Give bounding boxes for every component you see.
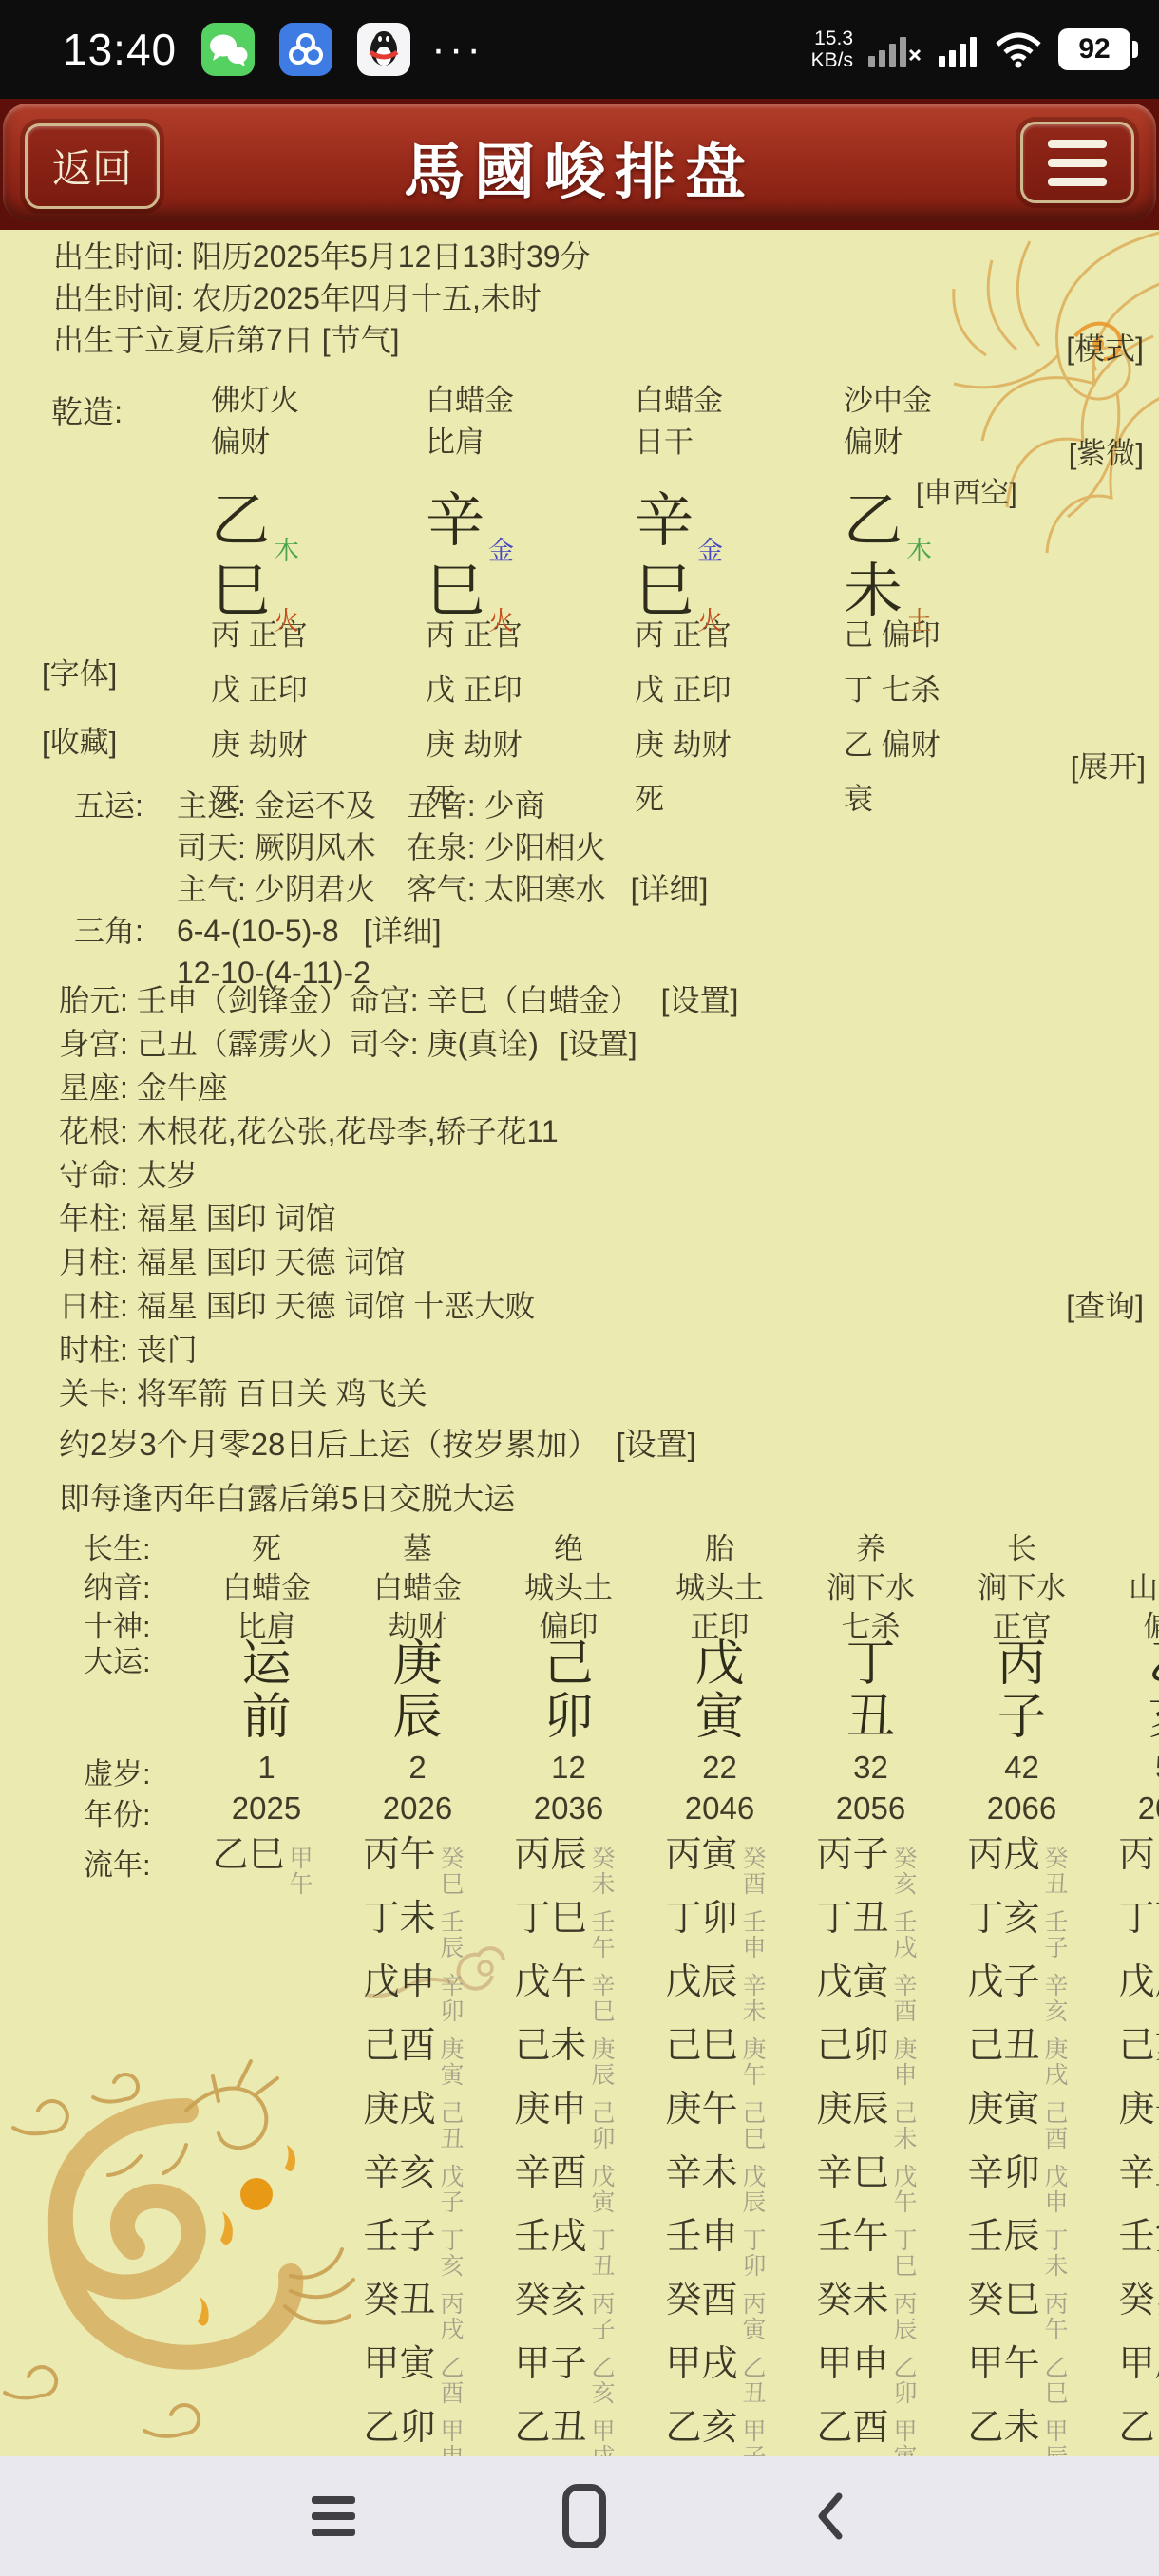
- pillar-ten-god: 偏财: [211, 422, 425, 464]
- liunian-year-pillar: 壬子: [364, 2215, 436, 2259]
- wuyun-line-text: 司天: 厥阴风木 在泉: 少阳相火: [177, 826, 606, 868]
- liunian-entry[interactable]: 戊申辛卯: [342, 1960, 493, 2024]
- recents-button[interactable]: [312, 2496, 355, 2536]
- liunian-year-pillar: 癸酉: [666, 2279, 738, 2322]
- liunian-entry[interactable]: 癸巳丙午: [946, 2279, 1097, 2342]
- pillar-hidden-stem: 庚 劫财: [635, 718, 848, 773]
- liunian-year-pillar: 丁亥: [968, 1897, 1040, 1941]
- info-line-2: 星座: 金牛座: [59, 1066, 1144, 1109]
- luck-age: 1: [191, 1750, 342, 1786]
- liunian-year-pillar: 丙戌: [968, 1833, 1040, 1877]
- pillar-hidden-stem: 戊 正印: [635, 663, 848, 718]
- info-line-text: 星座: 金牛座: [59, 1070, 228, 1105]
- luck-nayin: 白蜡金: [342, 1563, 493, 1606]
- pillar-branch: 未土: [844, 543, 1057, 608]
- luck-stem: 庚: [342, 1638, 493, 1691]
- liunian-xiaoyun: 戊午: [894, 2165, 918, 2216]
- liunian-year-pillar: 辛酉: [515, 2151, 587, 2195]
- liunian-year-pillar: 癸卯: [1119, 2279, 1159, 2322]
- liunian-year-pillar: 丁未: [364, 1897, 436, 1941]
- liunian-year-pillar: 戊寅: [817, 1960, 889, 2004]
- liunian-entry[interactable]: 丙寅癸酉: [644, 1833, 795, 1897]
- font-link[interactable]: [字体]: [42, 650, 117, 692]
- wuyun-line-label: 五运:: [74, 785, 177, 826]
- branch-element: 火: [697, 607, 723, 635]
- liunian-xiaoyun: 壬午: [592, 1910, 616, 1961]
- luck-column-4[interactable]: 养涧下水七杀丁丑322056丙子癸亥丁丑壬戌戊寅辛酉己卯庚申庚辰己未辛巳戊午壬午…: [795, 1514, 946, 2456]
- qq-notification-icon: [357, 23, 410, 76]
- liunian-xiaoyun: 丙寅: [743, 2292, 767, 2343]
- liunian-year-pillar: 庚申: [515, 2088, 587, 2131]
- row-label-nianfen: 年份:: [84, 1790, 198, 1833]
- expand-link[interactable]: [展开]: [1071, 743, 1146, 786]
- branch-element: 土: [906, 607, 932, 635]
- wifi-icon: [994, 29, 1043, 69]
- liunian-year-pillar: 庚子: [1119, 2088, 1159, 2131]
- wuyun-line-text: 主气: 少阴君火 客气: 太阳寒水: [177, 868, 606, 910]
- liunian-year-pillar: 壬戌: [515, 2215, 587, 2259]
- liunian-year-pillar: 丁巳: [515, 1897, 587, 1941]
- liunian-xiaoyun: 丁未: [1045, 2228, 1069, 2280]
- liunian-entry[interactable]: 己未庚辰: [493, 2024, 644, 2088]
- luck-stage: 绝: [493, 1525, 644, 1567]
- liunian-year-pillar: 丙申: [1119, 1833, 1159, 1877]
- liunian-entry[interactable]: 乙未甲辰: [946, 2406, 1097, 2456]
- liunian-year-pillar: 戊子: [968, 1960, 1040, 2004]
- liunian-entry[interactable]: 癸酉丙寅: [644, 2279, 795, 2342]
- row-label-nayin: 纳音:: [84, 1563, 198, 1606]
- luck-branch: 辰: [342, 1691, 493, 1744]
- info-line-link[interactable]: [设置]: [661, 983, 739, 1017]
- luck-stage: 死: [191, 1525, 342, 1567]
- liunian-entry[interactable]: 壬子丁亥: [342, 2215, 493, 2279]
- info-line-0: 胎元: 壬申（剑锋金）命宫: 辛巳（白蜡金）[设置]: [59, 978, 1144, 1022]
- battery-icon: 92: [1058, 28, 1130, 70]
- branch-element: 火: [274, 607, 299, 635]
- liunian-year-pillar: 辛亥: [364, 2151, 436, 2195]
- liunian-list: 丙寅癸酉丁卯壬申戊辰辛未己巳庚午庚午己巳辛未戊辰壬申丁卯癸酉丙寅甲戌乙丑乙亥甲子: [644, 1833, 795, 2456]
- liunian-entry[interactable]: 己酉庚寅: [342, 2024, 493, 2088]
- liunian-xiaoyun: 乙亥: [592, 2356, 616, 2407]
- clock: 13:40: [63, 24, 177, 75]
- liunian-year-pillar: 癸丑: [364, 2279, 436, 2322]
- detail-link[interactable]: [详细]: [631, 868, 709, 910]
- liunian-year-pillar: 甲午: [968, 2342, 1040, 2386]
- liunian-xiaoyun: 辛未: [743, 1974, 767, 2025]
- liunian-entry[interactable]: 丁卯壬申: [644, 1897, 795, 1960]
- pillar-hidden-stem: 丁 七杀: [844, 663, 1057, 718]
- status-bar: 13:40 ··· 15.3 KB/s 92: [0, 0, 1159, 99]
- luck-stem: 丁: [795, 1638, 946, 1691]
- liunian-entry[interactable]: 乙丑甲戌: [493, 2406, 644, 2456]
- liunian-entry[interactable]: 乙巳甲午: [191, 1833, 342, 1897]
- liunian-entry[interactable]: 癸未丙辰: [795, 2279, 946, 2342]
- liunian-entry[interactable]: 戊辰辛未: [644, 1960, 795, 2024]
- liunian-year-pillar: 乙巳: [1119, 2406, 1159, 2450]
- menu-button[interactable]: [1020, 122, 1134, 203]
- luck-column-6[interactable]: 沐山头火偏财乙亥522076丙申丁酉戊戌己亥庚子辛丑壬寅癸卯甲辰乙巳: [1097, 1514, 1159, 2456]
- liunian-xiaoyun: 辛亥: [1045, 1974, 1069, 2025]
- liunian-entry[interactable]: 丁亥壬子: [946, 1897, 1097, 1960]
- liunian-entry[interactable]: 庚午己巳: [644, 2088, 795, 2151]
- collect-link[interactable]: [收藏]: [42, 718, 117, 761]
- liunian-year-pillar: 癸未: [817, 2279, 889, 2322]
- liunian-entry[interactable]: 庚戌己丑: [342, 2088, 493, 2151]
- liunian-entry[interactable]: 丁丑壬戌: [795, 1897, 946, 1960]
- info-line-text: 月柱: 福星 国印 天德 词馆: [59, 1245, 405, 1279]
- liunian-entry[interactable]: 丁未壬辰: [342, 1897, 493, 1960]
- liunian-year-pillar: 乙酉: [817, 2406, 889, 2450]
- liunian-xiaoyun: 甲子: [743, 2419, 767, 2456]
- info-line-3: 花根: 木根花,花公张,花母李,轿子花11: [59, 1109, 1144, 1153]
- liunian-year-pillar: 辛巳: [817, 2151, 889, 2195]
- mode-link[interactable]: [模式]: [1066, 325, 1144, 369]
- liunian-year-pillar: 丁卯: [666, 1897, 738, 1941]
- detail-link[interactable]: [详细]: [364, 910, 442, 952]
- pillar-stem: 辛金: [426, 467, 639, 543]
- dayun-intro: 约2岁3个月零28日后上运（按岁累加）[设置]即每逢丙年白露后第5日交脱大运: [59, 1417, 696, 1525]
- luck-column-2[interactable]: 绝城头土偏印己卯122036丙辰癸未丁巳壬午戊午辛巳己未庚辰庚申己卯辛酉戊寅壬戌…: [493, 1514, 644, 2456]
- ziwei-link[interactable]: [紫微]: [1069, 429, 1144, 472]
- liunian-year-pillar: 己酉: [364, 2024, 436, 2068]
- info-line-text: 年柱: 福星 国印 词馆: [59, 1202, 336, 1236]
- info-line-text: 日柱: 福星 国印 天德 词馆 十恶大败: [59, 1289, 535, 1323]
- liunian-year-pillar: 戊戌: [1119, 1960, 1159, 2004]
- liunian-year-pillar: 庚辰: [817, 2088, 889, 2131]
- luck-year: 2066: [946, 1790, 1097, 1827]
- liunian-entry[interactable]: 丁酉: [1097, 1897, 1159, 1960]
- luck-year: 2046: [644, 1790, 795, 1827]
- liunian-xiaoyun: 乙丑: [743, 2356, 767, 2407]
- wuyun-line-1: 司天: 厥阴风木 在泉: 少阳相火: [74, 826, 708, 868]
- liunian-entry[interactable]: 丙子癸亥: [795, 1833, 946, 1897]
- pillar-hidden-stem: 乙 偏财: [844, 718, 1057, 773]
- liunian-xiaoyun: 壬申: [743, 1910, 767, 1961]
- liunian-list: 丙子癸亥丁丑壬戌戊寅辛酉己卯庚申庚辰己未辛巳戊午壬午丁巳癸未丙辰甲申乙卯乙酉甲寅: [795, 1833, 946, 2456]
- birth-jieqi-line: 出生于立夏后第7日 [节气]: [53, 319, 591, 361]
- network-speed: 15.3 KB/s: [811, 28, 853, 71]
- row-label-changsheng: 长生:: [84, 1525, 198, 1567]
- luck-branch: 亥: [1097, 1691, 1159, 1744]
- liunian-entry[interactable]: 癸丑丙戌: [342, 2279, 493, 2342]
- liunian-xiaoyun: 甲辰: [1045, 2419, 1069, 2456]
- luck-stage: 长: [946, 1525, 1097, 1567]
- liunian-xiaoyun: 癸亥: [894, 1847, 918, 1898]
- info-line-text: 守命: 太岁: [59, 1158, 198, 1192]
- luck-year: 2026: [342, 1790, 493, 1827]
- liunian-xiaoyun: 癸未: [592, 1847, 616, 1898]
- wuyun-section: 五运:主运: 金运不及 五音: 少商司天: 厥阴风木 在泉: 少阳相火主气: 少…: [74, 785, 708, 994]
- liunian-entry[interactable]: 壬申丁卯: [644, 2215, 795, 2279]
- battery-percent: 92: [1078, 33, 1110, 66]
- liunian-xiaoyun: 庚申: [894, 2037, 918, 2089]
- pillar-branch: 巳火: [211, 543, 425, 608]
- liunian-entry[interactable]: 辛丑: [1097, 2151, 1159, 2215]
- info-line-4: 守命: 太岁: [59, 1153, 1144, 1197]
- liunian-entry[interactable]: 乙亥甲子: [644, 2406, 795, 2456]
- liunian-xiaoyun: 癸巳: [441, 1847, 465, 1898]
- liunian-year-pillar: 甲申: [817, 2342, 889, 2386]
- liunian-xiaoyun: 丙辰: [894, 2292, 918, 2343]
- luck-branch: 子: [946, 1691, 1097, 1744]
- liunian-xiaoyun: 己酉: [1045, 2101, 1069, 2152]
- birth-jieqi-text: 出生于立夏后第7日: [53, 323, 313, 357]
- liunian-year-pillar: 庚午: [666, 2088, 738, 2131]
- liunian-entry[interactable]: 戊戌: [1097, 1960, 1159, 2024]
- luck-age: 42: [946, 1750, 1097, 1786]
- luck-stage: 胎: [644, 1525, 795, 1567]
- pillar-hidden-stem: 戊 正印: [211, 663, 425, 718]
- kongwang-note: [申酉空]: [916, 469, 1017, 511]
- pillar-branch: 巳火: [426, 543, 639, 608]
- liunian-year-pillar: 乙亥: [666, 2406, 738, 2450]
- liunian-entry[interactable]: 辛未戊辰: [644, 2151, 795, 2215]
- luck-age: 12: [493, 1750, 644, 1786]
- liunian-xiaoyun: 丙午: [1045, 2292, 1069, 2343]
- status-left: 13:40 ···: [63, 23, 484, 76]
- liunian-xiaoyun: 丙子: [592, 2292, 616, 2343]
- wechat-notification-icon: [201, 23, 255, 76]
- liunian-xiaoyun: 庚戌: [1045, 2037, 1069, 2089]
- liunian-entry[interactable]: 甲午乙巳: [946, 2342, 1097, 2406]
- liunian-entry[interactable]: 甲寅乙酉: [342, 2342, 493, 2406]
- liunian-xiaoyun: 丙戌: [441, 2292, 465, 2343]
- liunian-entry[interactable]: 己卯庚申: [795, 2024, 946, 2088]
- liunian-xiaoyun: 戊寅: [592, 2165, 616, 2216]
- liunian-year-pillar: 丙辰: [515, 1833, 587, 1877]
- liunian-xiaoyun: 辛酉: [894, 1974, 918, 2025]
- liunian-year-pillar: 丙子: [817, 1833, 889, 1877]
- row-label-liunian: 流年:: [84, 1841, 198, 1884]
- liunian-entry[interactable]: 丙辰癸未: [493, 1833, 644, 1897]
- luck-nayin: 涧下水: [946, 1563, 1097, 1606]
- liunian-entry[interactable]: 癸卯: [1097, 2279, 1159, 2342]
- luck-column-1[interactable]: 墓白蜡金劫财庚辰22026丙午癸巳丁未壬辰戊申辛卯己酉庚寅庚戌己丑辛亥戊子壬子丁…: [342, 1514, 493, 2456]
- liunian-entry[interactable]: 乙巳: [1097, 2406, 1159, 2456]
- pillar-hidden-stem: 庚 劫财: [211, 718, 425, 773]
- liunian-xiaoyun: 甲申: [441, 2419, 465, 2456]
- liunian-entry[interactable]: 己丑庚戌: [946, 2024, 1097, 2088]
- liunian-year-pillar: 壬辰: [968, 2215, 1040, 2259]
- birth-solar: 出生时间: 阳历2025年5月12日13时39分: [53, 236, 591, 277]
- liunian-list: 丙辰癸未丁巳壬午戊午辛巳己未庚辰庚申己卯辛酉戊寅壬戌丁丑癸亥丙子甲子乙亥乙丑甲戌: [493, 1833, 644, 2456]
- liunian-year-pillar: 己亥: [1119, 2024, 1159, 2068]
- luck-table: 长生: 纳音: 十神: 大运: 虚岁: 年份: 流年: 死白蜡金比肩运前1202…: [0, 1514, 1159, 2456]
- luck-age: 22: [644, 1750, 795, 1786]
- branch-element: 火: [488, 607, 514, 635]
- liunian-entry[interactable]: 戊子辛亥: [946, 1960, 1097, 2024]
- liunian-list: 丙申丁酉戊戌己亥庚子辛丑壬寅癸卯甲辰乙巳: [1097, 1833, 1159, 2456]
- liunian-entry[interactable]: 戊寅辛酉: [795, 1960, 946, 2024]
- luck-stage: 沐: [1097, 1525, 1159, 1567]
- liunian-xiaoyun: 乙酉: [441, 2356, 465, 2407]
- liunian-year-pillar: 癸巳: [968, 2279, 1040, 2322]
- app-header: 返回 馬國峻排盘: [0, 99, 1159, 230]
- luck-age: 32: [795, 1750, 946, 1786]
- info-line-link[interactable]: [查询]: [1066, 1284, 1144, 1328]
- pillar-ten-god: 偏财: [844, 422, 1057, 464]
- liunian-entry[interactable]: 癸亥丙子: [493, 2279, 644, 2342]
- pillar-column-3: 沙中金偏财乙木[申酉空]未土己 偏印丁 七杀乙 偏财衰: [844, 380, 1057, 826]
- luck-year: 2036: [493, 1790, 644, 1827]
- liunian-entry[interactable]: 辛卯戊申: [946, 2151, 1097, 2215]
- pillar-stem: 乙木: [211, 467, 425, 543]
- luck-stem: 丙: [946, 1638, 1097, 1691]
- info-line-text: 胎元: 壬申（剑锋金）命宫: 辛巳（白蜡金）: [59, 983, 640, 1017]
- wuyun-line-text: 主运: 金运不及 五音: 少商: [177, 785, 545, 826]
- info-line-text: 花根: 木根花,花公张,花母李,轿子花11: [59, 1114, 559, 1148]
- jieqi-link[interactable]: [节气]: [322, 323, 400, 357]
- luck-nayin: 城头土: [493, 1563, 644, 1606]
- liunian-entry[interactable]: 甲辰: [1097, 2342, 1159, 2406]
- liunian-year-pillar: 壬午: [817, 2215, 889, 2259]
- liunian-entry[interactable]: 庚申己卯: [493, 2088, 644, 2151]
- liunian-entry[interactable]: 乙卯甲申: [342, 2406, 493, 2456]
- liunian-entry[interactable]: 丙戌癸丑: [946, 1833, 1097, 1897]
- liunian-entry[interactable]: 戊午辛巳: [493, 1960, 644, 2024]
- liunian-year-pillar: 己卯: [817, 2024, 889, 2068]
- info-line-9: 关卡: 将军箭 百日关 鸡飞关: [59, 1372, 1144, 1415]
- liunian-xiaoyun: 丁丑: [592, 2228, 616, 2280]
- info-line-7: 日柱: 福星 国印 天德 词馆 十恶大败[查询]: [59, 1284, 1144, 1328]
- liunian-entry[interactable]: 壬戌丁丑: [493, 2215, 644, 2279]
- phone-screen: 13:40 ··· 15.3 KB/s 92 返回 馬國峻排: [0, 0, 1159, 2576]
- info-line-text: 时柱: 丧门: [59, 1333, 198, 1367]
- pillar-column-0: 佛灯火偏财乙木巳火丙 正官戊 正印庚 劫财死: [211, 380, 425, 826]
- luck-year: 2056: [795, 1790, 946, 1827]
- luck-branch: 前: [191, 1691, 342, 1744]
- liunian-entry[interactable]: 庚子: [1097, 2088, 1159, 2151]
- liunian-xiaoyun: 庚辰: [592, 2037, 616, 2089]
- liunian-entry[interactable]: 丁巳壬午: [493, 1897, 644, 1960]
- liunian-entry[interactable]: 辛巳戊午: [795, 2151, 946, 2215]
- liunian-xiaoyun: 戊申: [1045, 2165, 1069, 2216]
- pillar-ten-god: 比肩: [426, 422, 639, 464]
- liunian-year-pillar: 乙未: [968, 2406, 1040, 2450]
- liunian-xiaoyun: 丁卯: [743, 2228, 767, 2280]
- liunian-entry[interactable]: 壬辰丁未: [946, 2215, 1097, 2279]
- pillar-hidden-stem: 戊 正印: [426, 663, 639, 718]
- luck-stem: 己: [493, 1638, 644, 1691]
- luck-column-3[interactable]: 胎城头土正印戊寅222046丙寅癸酉丁卯壬申戊辰辛未己巳庚午庚午己巳辛未戊辰壬申…: [644, 1514, 795, 2456]
- info-line-text: 关卡: 将军箭 百日关 鸡飞关: [59, 1376, 427, 1411]
- nav-back-button[interactable]: [813, 2490, 847, 2543]
- info-line-link[interactable]: [设置]: [560, 1027, 637, 1061]
- pillar-nayin: 白蜡金: [426, 380, 639, 422]
- liunian-entry[interactable]: 甲戌乙丑: [644, 2342, 795, 2406]
- network-speed-unit: KB/s: [811, 49, 853, 71]
- sim1-signal-icon: [868, 29, 923, 69]
- liunian-entry[interactable]: 庚寅己酉: [946, 2088, 1097, 2151]
- liunian-year-pillar: 戊辰: [666, 1960, 738, 2004]
- liunian-entry[interactable]: 甲子乙亥: [493, 2342, 644, 2406]
- info-line-6: 月柱: 福星 国印 天德 词馆: [59, 1241, 1144, 1284]
- liunian-entry[interactable]: 辛酉戊寅: [493, 2151, 644, 2215]
- liunian-xiaoyun: 癸酉: [743, 1847, 767, 1898]
- liunian-xiaoyun: 戊子: [441, 2165, 465, 2216]
- liunian-year-pillar: 庚寅: [968, 2088, 1040, 2131]
- liunian-year-pillar: 己未: [515, 2024, 587, 2068]
- liunian-xiaoyun: 辛卯: [441, 1974, 465, 2025]
- liunian-year-pillar: 己巳: [666, 2024, 738, 2068]
- pillar-stage: 衰: [844, 773, 1057, 826]
- liunian-year-pillar: 甲子: [515, 2342, 587, 2386]
- liunian-xiaoyun: 乙卯: [894, 2356, 918, 2407]
- liunian-year-pillar: 辛卯: [968, 2151, 1040, 2195]
- liunian-year-pillar: 癸亥: [515, 2279, 587, 2322]
- liunian-year-pillar: 丙寅: [666, 1833, 738, 1877]
- liunian-entry[interactable]: 乙酉甲寅: [795, 2406, 946, 2456]
- info-line-text: 身宫: 己丑（霹雳火）司令: 庚(真诠): [59, 1027, 539, 1061]
- dayun-intro-text: 约2岁3个月零28日后上运（按岁累加）: [59, 1427, 598, 1462]
- liunian-year-pillar: 戊申: [364, 1960, 436, 2004]
- liunian-year-pillar: 己丑: [968, 2024, 1040, 2068]
- liunian-entry[interactable]: 己巳庚午: [644, 2024, 795, 2088]
- status-right: 15.3 KB/s 92: [811, 28, 1130, 71]
- luck-column-0[interactable]: 死白蜡金比肩运前12025乙巳甲午: [191, 1514, 342, 2456]
- info-line-8: 时柱: 丧门: [59, 1328, 1144, 1372]
- liunian-entry[interactable]: 壬寅: [1097, 2215, 1159, 2279]
- liunian-xiaoyun: 壬子: [1045, 1910, 1069, 1961]
- liunian-xiaoyun: 庚寅: [441, 2037, 465, 2089]
- liunian-year-pillar: 丙午: [364, 1833, 436, 1877]
- luck-branch: 丑: [795, 1691, 946, 1744]
- wuyun-line-label: [74, 826, 177, 868]
- luck-branch: 卯: [493, 1691, 644, 1744]
- liunian-year-pillar: 乙卯: [364, 2406, 436, 2450]
- liunian-year-pillar: 丁酉: [1119, 1897, 1159, 1941]
- liunian-list: 乙巳甲午: [191, 1833, 342, 1897]
- liunian-year-pillar: 壬申: [666, 2215, 738, 2259]
- luck-stem: 戊: [644, 1638, 795, 1691]
- wuyun-line-3: 三角:6-4-(10-5)-8[详细]: [74, 910, 708, 952]
- liunian-entry[interactable]: 丙申: [1097, 1833, 1159, 1897]
- luck-year: 2076: [1097, 1790, 1159, 1827]
- liunian-year-pillar: 乙丑: [515, 2406, 587, 2450]
- pillar-nayin: 佛灯火: [211, 380, 425, 422]
- row-label-xusui: 虚岁:: [84, 1750, 198, 1792]
- birth-info: 出生时间: 阳历2025年5月12日13时39分 出生时间: 农历2025年四月…: [53, 236, 591, 361]
- pillar-ten-god: 日干: [635, 422, 848, 464]
- birth-lunar: 出生时间: 农历2025年四月十五,未时: [53, 277, 591, 319]
- row-label-dayun: 大运:: [84, 1638, 198, 1680]
- liunian-xiaoyun: 丁巳: [894, 2228, 918, 2280]
- luck-stem: 运: [191, 1638, 342, 1691]
- liunian-entry[interactable]: 庚辰己未: [795, 2088, 946, 2151]
- network-speed-value: 15.3: [811, 28, 853, 49]
- liunian-xiaoyun: 乙巳: [1045, 2356, 1069, 2407]
- wuyun-line-2: 主气: 少阴君火 客气: 太阳寒水[详细]: [74, 868, 708, 910]
- liunian-entry[interactable]: 己亥: [1097, 2024, 1159, 2088]
- liunian-entry[interactable]: 甲申乙卯: [795, 2342, 946, 2406]
- liunian-xiaoyun: 甲午: [290, 1847, 313, 1898]
- liunian-entry[interactable]: 壬午丁巳: [795, 2215, 946, 2279]
- liunian-entry[interactable]: 辛亥戊子: [342, 2151, 493, 2215]
- luck-age: 2: [342, 1750, 493, 1786]
- cloud-app-notification-icon: [279, 23, 332, 76]
- liunian-year-pillar: 辛未: [666, 2151, 738, 2195]
- liunian-xiaoyun: 己丑: [441, 2101, 465, 2152]
- pillar-nayin: 沙中金: [844, 380, 1057, 422]
- pillar-column-2: 白蜡金日干辛金巳火丙 正官戊 正印庚 劫财死: [635, 380, 848, 826]
- luck-branch: 寅: [644, 1691, 795, 1744]
- luck-column-5[interactable]: 长涧下水正官丙子422066丙戌癸丑丁亥壬子戊子辛亥己丑庚戌庚寅己酉辛卯戊申壬辰…: [946, 1514, 1097, 2456]
- liunian-entry[interactable]: 丙午癸巳: [342, 1833, 493, 1897]
- settings-link[interactable]: [设置]: [616, 1427, 695, 1462]
- liunian-xiaoyun: 癸丑: [1045, 1847, 1069, 1898]
- home-button[interactable]: [562, 2484, 606, 2548]
- chart-content: 出生时间: 阳历2025年5月12日13时39分 出生时间: 农历2025年四月…: [0, 230, 1159, 2456]
